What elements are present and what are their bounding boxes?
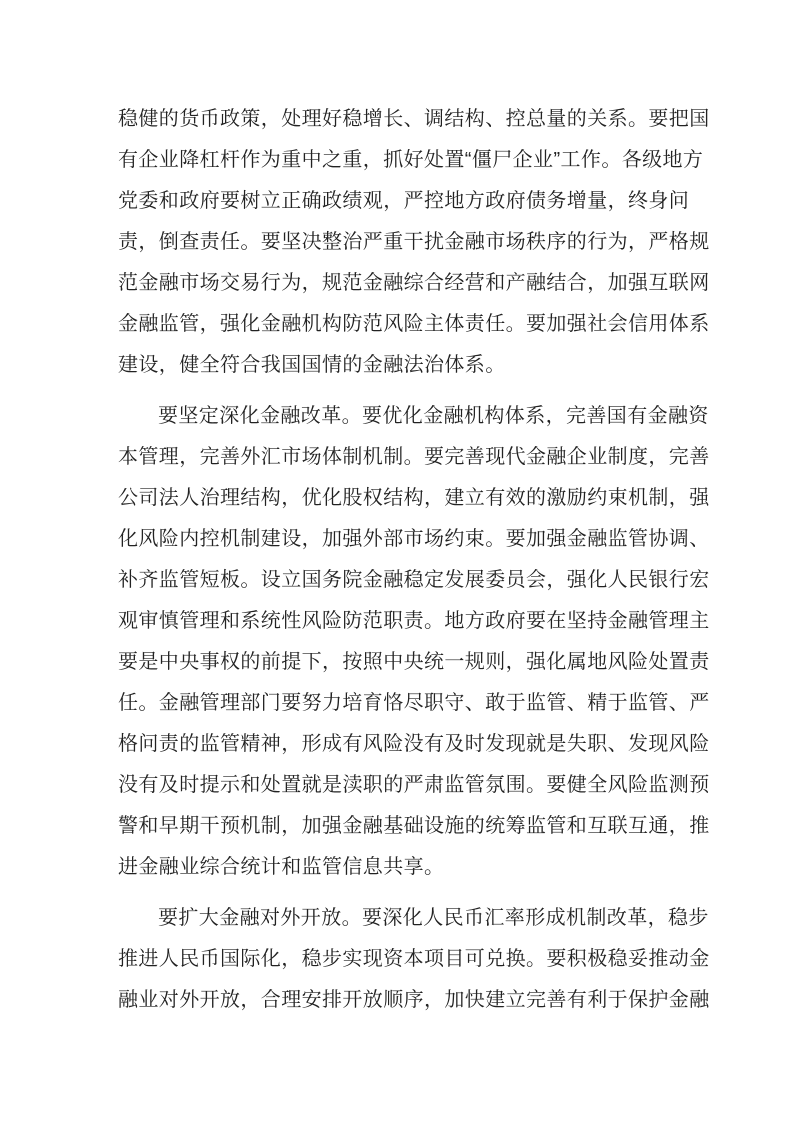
- text-line: 党委和政府要树立正确政绩观，严控地方政府债务增量，终身问: [118, 181, 672, 222]
- paragraph-2: 要坚定深化金融改革。要优化金融机构体系，完善国有金融资 本管理，完善外汇市场体制…: [118, 396, 672, 888]
- text-line: 融业对外开放，合理安排开放顺序，加快建立完善有利于保护金融: [118, 980, 672, 1021]
- text-line: 稳健的货币政策，处理好稳增长、调结构、控总量的关系。要把国: [118, 99, 672, 140]
- text-line: 没有及时提示和处置就是渎职的严肃监管氛围。要健全风险监测预: [118, 765, 672, 806]
- text-line: 要扩大金融对外开放。要深化人民币汇率形成机制改革，稳步: [118, 898, 672, 939]
- text-line: 化风险内控机制建设，加强外部市场约束。要加强金融监管协调、: [118, 519, 672, 560]
- text-line: 任。金融管理部门要努力培育恪尽职守、敢于监管、精于监管、严: [118, 683, 672, 724]
- text-line: 要是中央事权的前提下，按照中央统一规则，强化属地风险处置责: [118, 642, 672, 683]
- text-line: 责，倒查责任。要坚决整治严重干扰金融市场秩序的行为，严格规: [118, 222, 672, 263]
- text-line: 补齐监管短板。设立国务院金融稳定发展委员会，强化人民银行宏: [118, 560, 672, 601]
- text-line: 格问责的监管精神，形成有风险没有及时发现就是失职、发现风险: [118, 724, 672, 765]
- document-page: 稳健的货币政策，处理好稳增长、调结构、控总量的关系。要把国 有企业降杠杆作为重中…: [0, 0, 800, 1130]
- text-line: 建设，健全符合我国国情的金融法治体系。: [118, 345, 672, 386]
- text-line: 有企业降杠杆作为重中之重，抓好处置“僵尸企业”工作。各级地方: [118, 140, 672, 181]
- text-line: 进金融业综合统计和监管信息共享。: [118, 847, 672, 888]
- text-line: 金融监管，强化金融机构防范风险主体责任。要加强社会信用体系: [118, 304, 672, 345]
- text-line: 本管理，完善外汇市场体制机制。要完善现代金融企业制度，完善: [118, 437, 672, 478]
- text-line: 范金融市场交易行为，规范金融综合经营和产融结合，加强互联网: [118, 263, 672, 304]
- text-line: 要坚定深化金融改革。要优化金融机构体系，完善国有金融资: [118, 396, 672, 437]
- text-line: 公司法人治理结构，优化股权结构，建立有效的激励约束机制，强: [118, 478, 672, 519]
- text-line: 观审慎管理和系统性风险防范职责。地方政府要在坚持金融管理主: [118, 601, 672, 642]
- paragraph-1: 稳健的货币政策，处理好稳增长、调结构、控总量的关系。要把国 有企业降杠杆作为重中…: [118, 99, 672, 386]
- text-line: 推进人民币国际化，稳步实现资本项目可兑换。要积极稳妥推动金: [118, 939, 672, 980]
- text-line: 警和早期干预机制，加强金融基础设施的统筹监管和互联互通，推: [118, 806, 672, 847]
- paragraph-3: 要扩大金融对外开放。要深化人民币汇率形成机制改革，稳步 推进人民币国际化，稳步实…: [118, 898, 672, 1021]
